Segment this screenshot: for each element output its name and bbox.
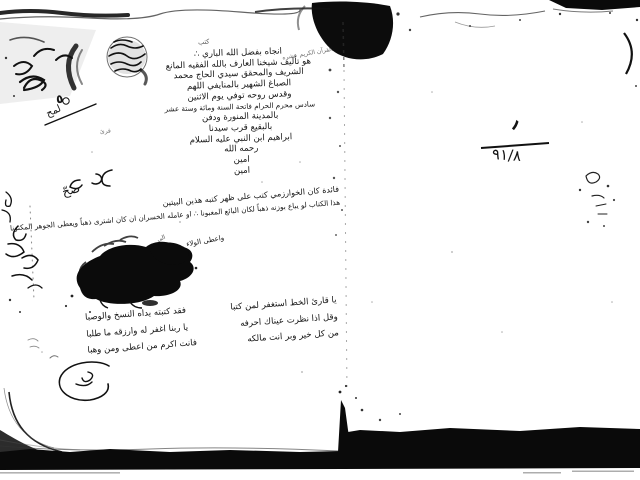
manuscript-scan: كتب بالقرآن الكريم عشره انجاه بفضل الله … <box>0 0 640 480</box>
colophon-heading-mark: كتب <box>198 37 210 46</box>
margin-tiny-word: قرئ <box>100 127 112 135</box>
shelfmark-numerator: ١ <box>506 115 524 135</box>
verse-block: يا قارئ الخط استغفر لمن كتبا فقد كتبته ي… <box>85 292 340 359</box>
ink-blot-icon <box>65 236 197 313</box>
right-page-speck-cluster <box>579 172 615 227</box>
page-corner-fold <box>0 388 62 452</box>
faida-tiny-mark: الى <box>156 234 166 243</box>
colophon-block: انجاه بفضل الله الباري ∴ هو تأليف شيخنا … <box>140 45 340 180</box>
faida-note-block: فائدة كان الخوارزمي كتب على ظهر كتبه هذي… <box>0 184 340 235</box>
bottom-edge-shadow <box>0 385 640 474</box>
margin-correction-mark: صحّ <box>61 181 82 199</box>
shelfmark-denominator: ٩١/٨ <box>491 145 521 165</box>
top-edge-shadow <box>420 0 640 87</box>
faida-line-3: واعطى الولاء <box>186 234 225 249</box>
